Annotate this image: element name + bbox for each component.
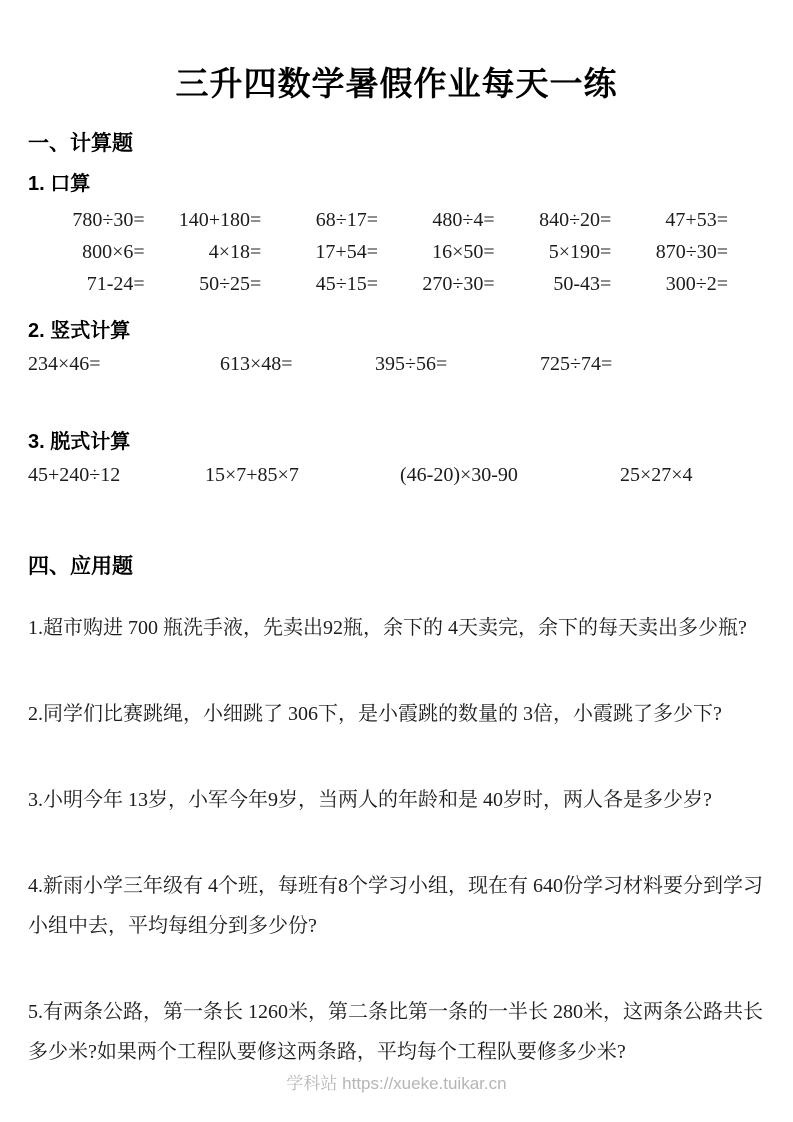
stepwise-calc-problem: 15×7+85×7: [205, 462, 400, 488]
vertical-calc-problem: 613×48=: [220, 351, 375, 377]
mental-math-problem: 4×18=: [145, 236, 262, 268]
word-problem-2: 2.同学们比赛跳绳，小细跳了 306下，是小霞跳的数量的 3倍，小霞跳了多少下?: [28, 694, 768, 734]
vertical-calc-row: 234×46= 613×48= 395÷56= 725÷74=: [28, 351, 765, 377]
word-problem-3: 3.小明今年 13岁，小军今年9岁，当两人的年龄和是 40岁时，两人各是多少岁?: [28, 780, 768, 820]
stepwise-calc-problem: 25×27×4: [620, 462, 765, 488]
stepwise-calc-problem: (46-20)×30-90: [400, 462, 620, 488]
section-heading-word-problems: 四、应用题: [28, 550, 765, 580]
vertical-calc-problem: 234×46=: [28, 351, 220, 377]
mental-math-problem: 50÷25=: [145, 268, 262, 300]
mental-math-grid: 780÷30= 140+180= 68÷17= 480÷4= 840÷20= 4…: [28, 204, 728, 300]
mental-math-problem: 47+53=: [611, 204, 728, 236]
mental-math-problem: 300÷2=: [611, 268, 728, 300]
mental-math-problem: 780÷30=: [28, 204, 145, 236]
mental-math-problem: 16×50=: [378, 236, 495, 268]
mental-math-problem: 270÷30=: [378, 268, 495, 300]
vertical-calc-problem: 395÷56=: [375, 351, 540, 377]
mental-math-problem: 68÷17=: [261, 204, 378, 236]
mental-math-problem: 71-24=: [28, 268, 145, 300]
page-title: 三升四数学暑假作业每天一练: [28, 58, 765, 105]
mental-math-problem: 50-43=: [495, 268, 612, 300]
word-problem-4: 4.新雨小学三年级有 4个班，每班有8个学习小组，现在有 640份学习材料要分到…: [28, 866, 768, 946]
mental-math-problem: 5×190=: [495, 236, 612, 268]
mental-math-problem: 800×6=: [28, 236, 145, 268]
word-problem-5: 5.有两条公路，第一条长 1260米，第二条比第一条的一半长 280米，这两条公…: [28, 992, 768, 1072]
vertical-calc-problem: 725÷74=: [540, 351, 765, 377]
mental-math-problem: 480÷4=: [378, 204, 495, 236]
subsection-heading-stepwise-calc: 3. 脱式计算: [28, 425, 765, 454]
mental-math-problem: 870÷30=: [611, 236, 728, 268]
stepwise-calc-row: 45+240÷12 15×7+85×7 (46-20)×30-90 25×27×…: [28, 462, 765, 488]
mental-math-problem: 45÷15=: [261, 268, 378, 300]
footer-watermark: 学科站 https://xueke.tuikar.cn: [0, 1069, 793, 1094]
subsection-heading-mental-math: 1. 口算: [28, 167, 765, 196]
section-heading-calculation: 一、计算题: [28, 127, 765, 157]
subsection-heading-vertical-calc: 2. 竖式计算: [28, 314, 765, 343]
word-problem-1: 1.超市购进 700 瓶洗手液，先卖出92瓶，余下的 4天卖完，余下的每天卖出多…: [28, 608, 768, 648]
mental-math-problem: 140+180=: [145, 204, 262, 236]
stepwise-calc-problem: 45+240÷12: [28, 462, 205, 488]
worksheet-page: 三升四数学暑假作业每天一练 一、计算题 1. 口算 780÷30= 140+18…: [0, 0, 793, 1122]
mental-math-problem: 17+54=: [261, 236, 378, 268]
mental-math-problem: 840÷20=: [495, 204, 612, 236]
